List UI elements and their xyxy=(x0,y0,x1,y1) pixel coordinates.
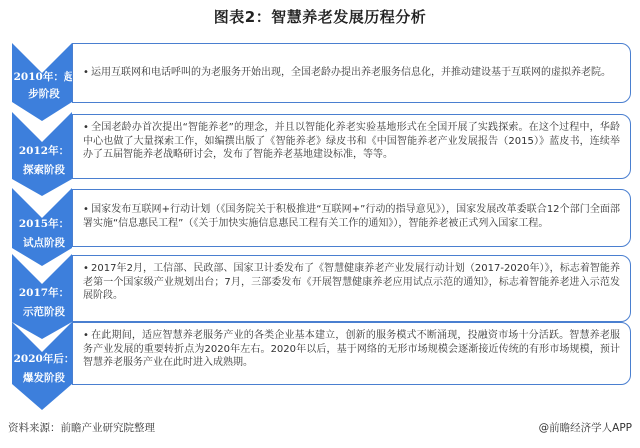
figure-title: 图表2：智慧养老发展历程分析 xyxy=(0,6,640,27)
stage-chevron-2020: 2020年后： 爆发阶段 xyxy=(12,322,72,412)
bullet-icon: • xyxy=(83,262,91,276)
stage-label-year: 2010年：起 xyxy=(12,69,76,86)
stage-label-phase: 步阶段 xyxy=(12,86,76,103)
stage-description: 2017年2月，工信部、民政部、国家卫计委发布了《智慧健康养老产业发展行动计划（… xyxy=(83,263,620,301)
stage-label-phase: 爆发阶段 xyxy=(12,369,76,388)
source-note: 资料来源：前瞻产业研究院整理 xyxy=(8,420,155,435)
bullet-icon: • xyxy=(83,66,91,80)
stage-description: 国家发布互联网+行动计划（《国务院关于积极推进“互联网+”行动的指导意见》），国… xyxy=(83,204,620,229)
stage-chevron-2010: 2010年：起 步阶段 xyxy=(12,43,72,123)
stage-label-year: 2020年后： xyxy=(12,350,76,369)
stage-label-phase: 试点阶段 xyxy=(12,234,76,253)
bullet-icon: • xyxy=(83,121,91,135)
stage-label-year: 2017年： xyxy=(12,284,76,303)
stage-box-2017: •2017年2月，工信部、民政部、国家卫计委发布了《智慧健康养老产业发展行动计划… xyxy=(72,255,631,322)
stage-label-year: 2012年： xyxy=(12,142,76,161)
stage-label-year: 2015年： xyxy=(12,215,76,234)
credit-note: @前瞻经济学人APP xyxy=(539,420,632,435)
stage-label-phase: 示范阶段 xyxy=(12,303,76,322)
stage-box-2012: •全国老龄办首次提出“智能养老”的理念，并且以智能化养老实验基地形式在全国开展了… xyxy=(72,114,631,179)
stage-description: 全国老龄办首次提出“智能养老”的理念，并且以智能化养老实验基地形式在全国开展了实… xyxy=(83,122,620,160)
stage-box-2020: •在此期间，适应智慧养老服务产业的各类企业基本建立，创新的服务模式不断涌现，投融… xyxy=(72,322,631,385)
stage-box-2015: •国家发布互联网+行动计划（《国务院关于积极推进“互联网+”行动的指导意见》），… xyxy=(72,189,631,247)
stage-box-2010: •运用互联网和电话呼叫的为老服务开始出现，全国老龄办提出养老服务信息化，并推动建… xyxy=(72,43,631,103)
bullet-icon: • xyxy=(83,329,91,343)
stage-description: 运用互联网和电话呼叫的为老服务开始出现，全国老龄办提出养老服务信息化，并推动建设… xyxy=(91,67,611,78)
bullet-icon: • xyxy=(83,203,91,217)
stage-description: 在此期间，适应智慧养老服务产业的各类企业基本建立，创新的服务模式不断涌现，投融资… xyxy=(83,330,620,368)
stage-label-phase: 探索阶段 xyxy=(12,161,76,180)
stage-chevron-2012: 2012年： 探索阶段 xyxy=(12,112,72,198)
